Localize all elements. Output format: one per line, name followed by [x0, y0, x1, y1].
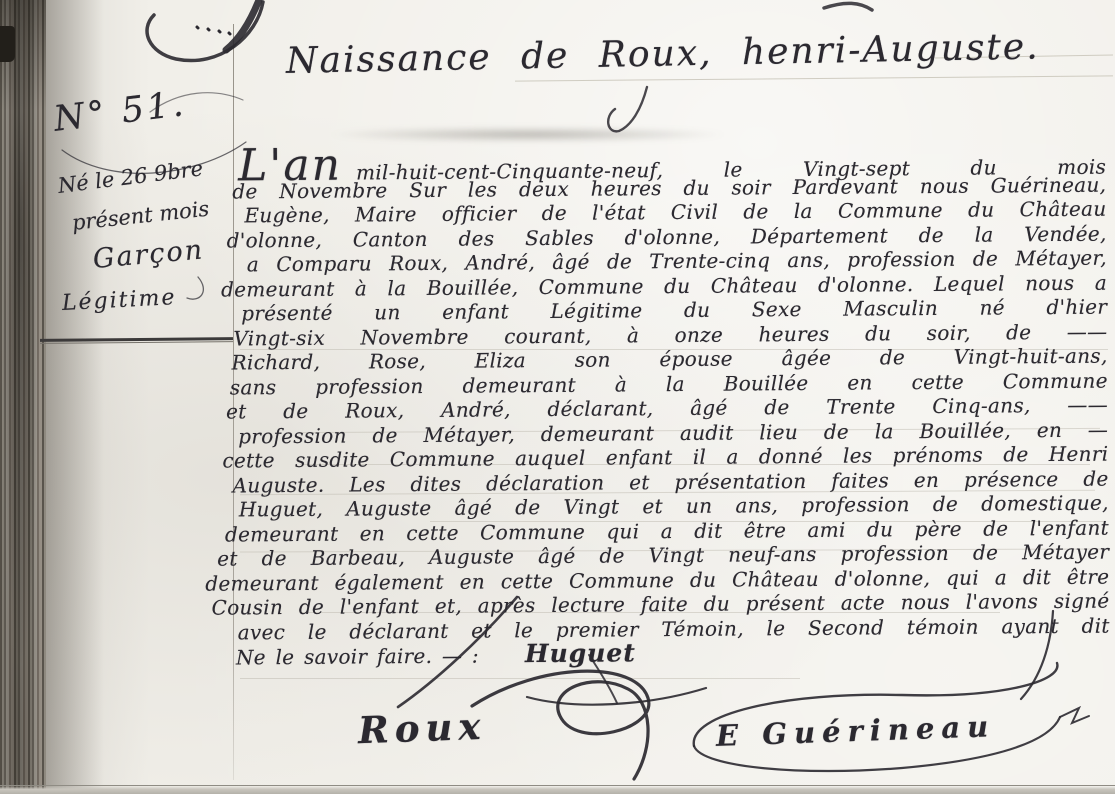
top-edge-stroke: [824, 3, 872, 10]
garcon-tail-swash: [187, 277, 203, 299]
record-title: Naissance de Roux, henri-Auguste.: [286, 25, 1107, 82]
guerineau-tail-zigzag: [1060, 708, 1089, 723]
margin-legitimacy-note: Légitime: [61, 285, 177, 316]
margin-sex-note: Garçon: [92, 234, 206, 275]
huguet-underline-flourish: [527, 688, 706, 705]
previous-entry-paraph: [147, 2, 263, 61]
ink-dots: [197, 27, 230, 34]
signature-roux: Roux: [357, 704, 487, 752]
margin-separator-line: [40, 337, 233, 344]
pencil-guideline: [240, 678, 800, 679]
signature-huguet: Huguet: [525, 641, 636, 666]
book-binding-gutter: [0, 0, 46, 794]
roux-paraph: [472, 671, 649, 779]
birth-record-page: Naissance de Roux, henri-Auguste. N° 51.…: [0, 0, 1115, 794]
ink-smudge: [330, 127, 725, 142]
pencil-guideline: [515, 75, 1113, 81]
title-descender-loop: [608, 87, 647, 131]
record-body: L'anmil-huit-cent-Cinquante-neuf, le Vin…: [238, 148, 1110, 669]
binding-ink-mark: [0, 26, 15, 62]
page-bottom-edge: [0, 785, 1115, 794]
previous-entry-paraph-bold: [226, 0, 259, 50]
signature-guerineau: E Guérineau: [715, 709, 995, 753]
